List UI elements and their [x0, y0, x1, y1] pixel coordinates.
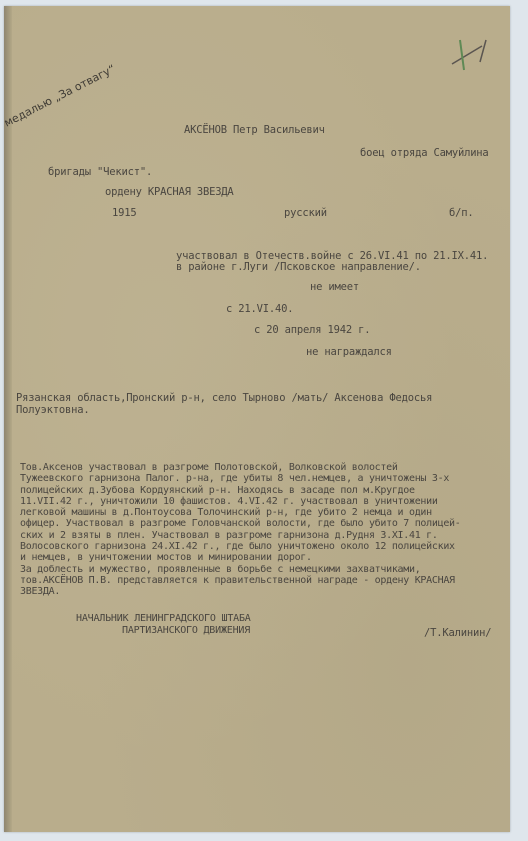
person-name: АКСЁНОВ Петр Васильевич	[184, 124, 325, 136]
page-binding-edge	[4, 6, 12, 832]
position: боец отряда Самуйлина	[360, 147, 489, 159]
signature-title-2: ПАРТИЗАНСКОГО ДВИЖЕНИЯ	[122, 625, 250, 637]
signature-title-1: НАЧАЛЬНИК ЛЕНИНГРАДСКОГО ШТАБА	[76, 613, 251, 625]
narrative-line: ЗВЕЗДА.	[20, 586, 490, 597]
partisan-since: с 20 апреля 1942 г.	[254, 324, 370, 336]
narrative-line: Тужеевского гарнизона Палог. р-на, где у…	[20, 473, 490, 484]
narrative-line: тов.АКСЁНОВ П.В. представляется к правит…	[20, 575, 490, 586]
corner-handwritten-mark-icon	[444, 34, 494, 74]
narrative-line: легковой машины в д.Понтоусова Толочинск…	[20, 507, 490, 518]
party: б/п.	[449, 207, 474, 219]
narrative: Тов.Аксенов участвовал в разгроме Полото…	[20, 462, 490, 598]
signature-name: /Т.Калинин/	[424, 627, 491, 639]
narrative-line: 11.VII.42 г., уничтожили 10 фашистов. 4.…	[20, 496, 490, 507]
home-address-1: Рязанская область,Пронский р-н, село Тыр…	[16, 392, 432, 404]
nationality: русский	[284, 207, 327, 219]
narrative-line: офицер. Участвовал в разгроме Головчанск…	[20, 518, 490, 529]
prior-awards: не награждался	[306, 346, 392, 358]
narrative-line: За доблесть и мужество, проявленные в бо…	[20, 564, 490, 575]
army-since: с 21.VI.40.	[226, 303, 293, 315]
narrative-line: Волосовского гарнизона 24.XI.42 г., где …	[20, 541, 490, 552]
narrative-line: Тов.Аксенов участвовал в разгроме Полото…	[20, 462, 490, 473]
narrative-line: полицейских д.Зубова Кордуянский р-н. На…	[20, 485, 490, 496]
wounds: не имеет	[310, 281, 359, 293]
award-stamp: медалью „За отвагу“	[2, 62, 118, 129]
narrative-line: и немцев, в уничтожении мостов и миниров…	[20, 552, 490, 563]
narrative-line: ских и 2 взяты в плен. Участвовал в разг…	[20, 530, 490, 541]
war-participation-2: в районе г.Луги /Псковское направление/.	[176, 261, 421, 273]
birth-year: 1915	[112, 207, 137, 219]
document-page: медалью „За отвагу“ АКСЁНОВ Петр Василье…	[4, 6, 510, 832]
award-line: ордену КРАСНАЯ ЗВЕЗДА	[105, 186, 234, 198]
brigade: бригады "Чекист".	[48, 166, 152, 178]
home-address-2: Полуэктовна.	[16, 404, 89, 416]
